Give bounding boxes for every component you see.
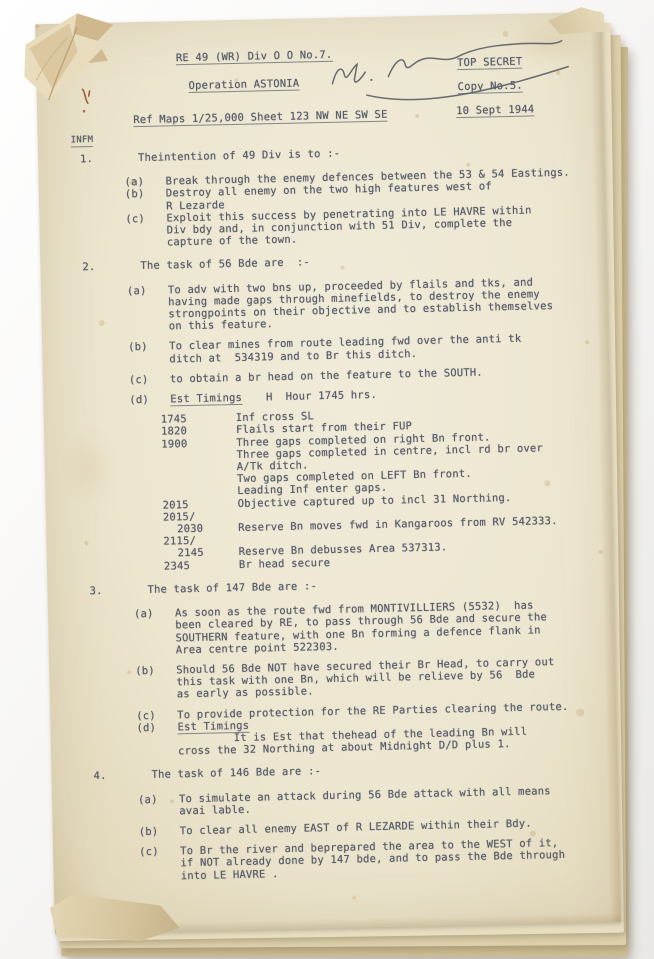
section-number: 1. <box>80 152 138 165</box>
document-page: RE 49 (WR) Div O O No.7. Operation ASTON… <box>35 12 621 934</box>
item-label: (a) <box>124 176 165 189</box>
order-item: (a)To adv with two bns up, proceeded by … <box>127 275 600 334</box>
item-text: Should 56 Bde NOT have secured their Br … <box>176 656 555 701</box>
copy-number: Copy No.5. <box>457 80 522 95</box>
item-text: To clear mines from route leading fwd ov… <box>169 333 522 365</box>
paper-stack: RE 49 (WR) Div O O No.7. Operation ASTON… <box>35 12 621 934</box>
item-label: (b) <box>139 825 180 838</box>
classification-stamp: TOP SECRET <box>457 56 522 71</box>
item-text: to obtain a br head on the feature to th… <box>170 366 483 385</box>
item-label: (c) <box>129 373 170 386</box>
item-label: (c) <box>139 845 181 882</box>
section: 2.The task of 56 Bde are :-(a)To adv wit… <box>40 250 605 575</box>
operation-title: Operation ASTONIA <box>188 78 299 94</box>
item-label: (d) <box>136 721 178 758</box>
hhour-text: H Hour 1745 hrs. <box>266 389 377 403</box>
section: 4.The task of 146 Bde are :-(a)To simula… <box>51 759 611 885</box>
item-label: (b) <box>125 188 167 213</box>
order-reference: RE 49 (WR) Div O O No.7. <box>176 49 333 66</box>
order-item: (b)Should 56 Bde NOT have secured their … <box>135 655 608 702</box>
item-heading-line: Est TimingsH Hour 1745 hrs. <box>170 389 377 406</box>
spacer <box>242 400 266 401</box>
est-timings-heading: Est Timings <box>170 392 242 407</box>
section-title-row: 2.The task of 56 Bde are :- <box>40 250 598 274</box>
timing-text: Br head secure <box>239 557 331 571</box>
order-date: 10 Sept 1944 <box>456 103 535 118</box>
item-text: Est TimingsH Hour 1745 hrs. <box>170 389 377 406</box>
item-text: Exploit this success by penetrating into… <box>166 204 532 249</box>
order-item: (a)As soon as the route fwd from MONTIVI… <box>134 598 607 657</box>
item-line: to obtain a br head on the feature to th… <box>170 366 483 385</box>
margin-note: INFM <box>71 134 94 148</box>
section-number: 2. <box>82 260 140 273</box>
item-label: (a) <box>138 793 180 818</box>
order-item: (b)To clear mines from route leading fwd… <box>128 331 600 366</box>
item-text: To Br the river and beprepared the area … <box>180 837 565 882</box>
map-reference: Ref Maps 1/25,000 Sheet 123 NW NE SW SE <box>133 109 388 128</box>
section-title: The task of 56 Bde are :- <box>140 257 310 273</box>
item-label: (a) <box>134 607 176 657</box>
item-text: Est TimingsIt is Est that thehead of the… <box>177 713 527 757</box>
item-label: (b) <box>128 341 170 366</box>
section-title-row: 3.The task of 147 Bde are :- <box>47 574 605 598</box>
item-label: (a) <box>127 284 169 334</box>
order-header: RE 49 (WR) Div O O No.7. Operation ASTON… <box>35 12 604 154</box>
item-label: (d) <box>129 393 170 406</box>
section-title: The task of 146 Bde are :- <box>151 766 321 782</box>
item-text: To simulate an attack during 56 Bde atta… <box>179 785 551 818</box>
section-number: 4. <box>93 769 151 782</box>
order-item: (d)Est TimingsH Hour 1745 hrs. <box>129 384 601 406</box>
order-item: (a)To simulate an attack during 56 Bde a… <box>138 783 610 818</box>
order-item: (c)To Br the river and beprepared the ar… <box>139 836 612 883</box>
item-label: (b) <box>135 664 177 701</box>
item-label: (c) <box>125 212 167 249</box>
section-number: 3. <box>89 584 147 597</box>
item-text: To adv with two bns up, proceeded by fla… <box>168 276 554 333</box>
section-title: The task of 147 Bde are :- <box>147 580 317 596</box>
section-title-row: 4.The task of 146 Bde are :- <box>51 759 609 783</box>
order-body: 1.Theintention of 49 Div is to :-(a)Brea… <box>38 142 612 896</box>
order-item: (c)to obtain a br head on the feature to… <box>129 364 601 386</box>
item-text: As soon as the route fwd from MONTIVILLI… <box>175 599 548 656</box>
typed-content: RE 49 (WR) Div O O No.7. Operation ASTON… <box>35 12 621 934</box>
order-item: (b)To clear all enemy EAST of R LEZARDE … <box>139 816 611 838</box>
section: 1.Theintention of 49 Div is to :-(a)Brea… <box>38 142 598 252</box>
item-line: To clear all enemy EAST of R LEZARDE wit… <box>180 818 532 838</box>
item-text: To clear all enemy EAST of R LEZARDE wit… <box>180 818 532 838</box>
item-label: (c) <box>136 709 177 722</box>
timing-time: 2345 <box>164 559 239 573</box>
section: 3.The task of 147 Bde are :-(a)As soon a… <box>47 574 609 761</box>
